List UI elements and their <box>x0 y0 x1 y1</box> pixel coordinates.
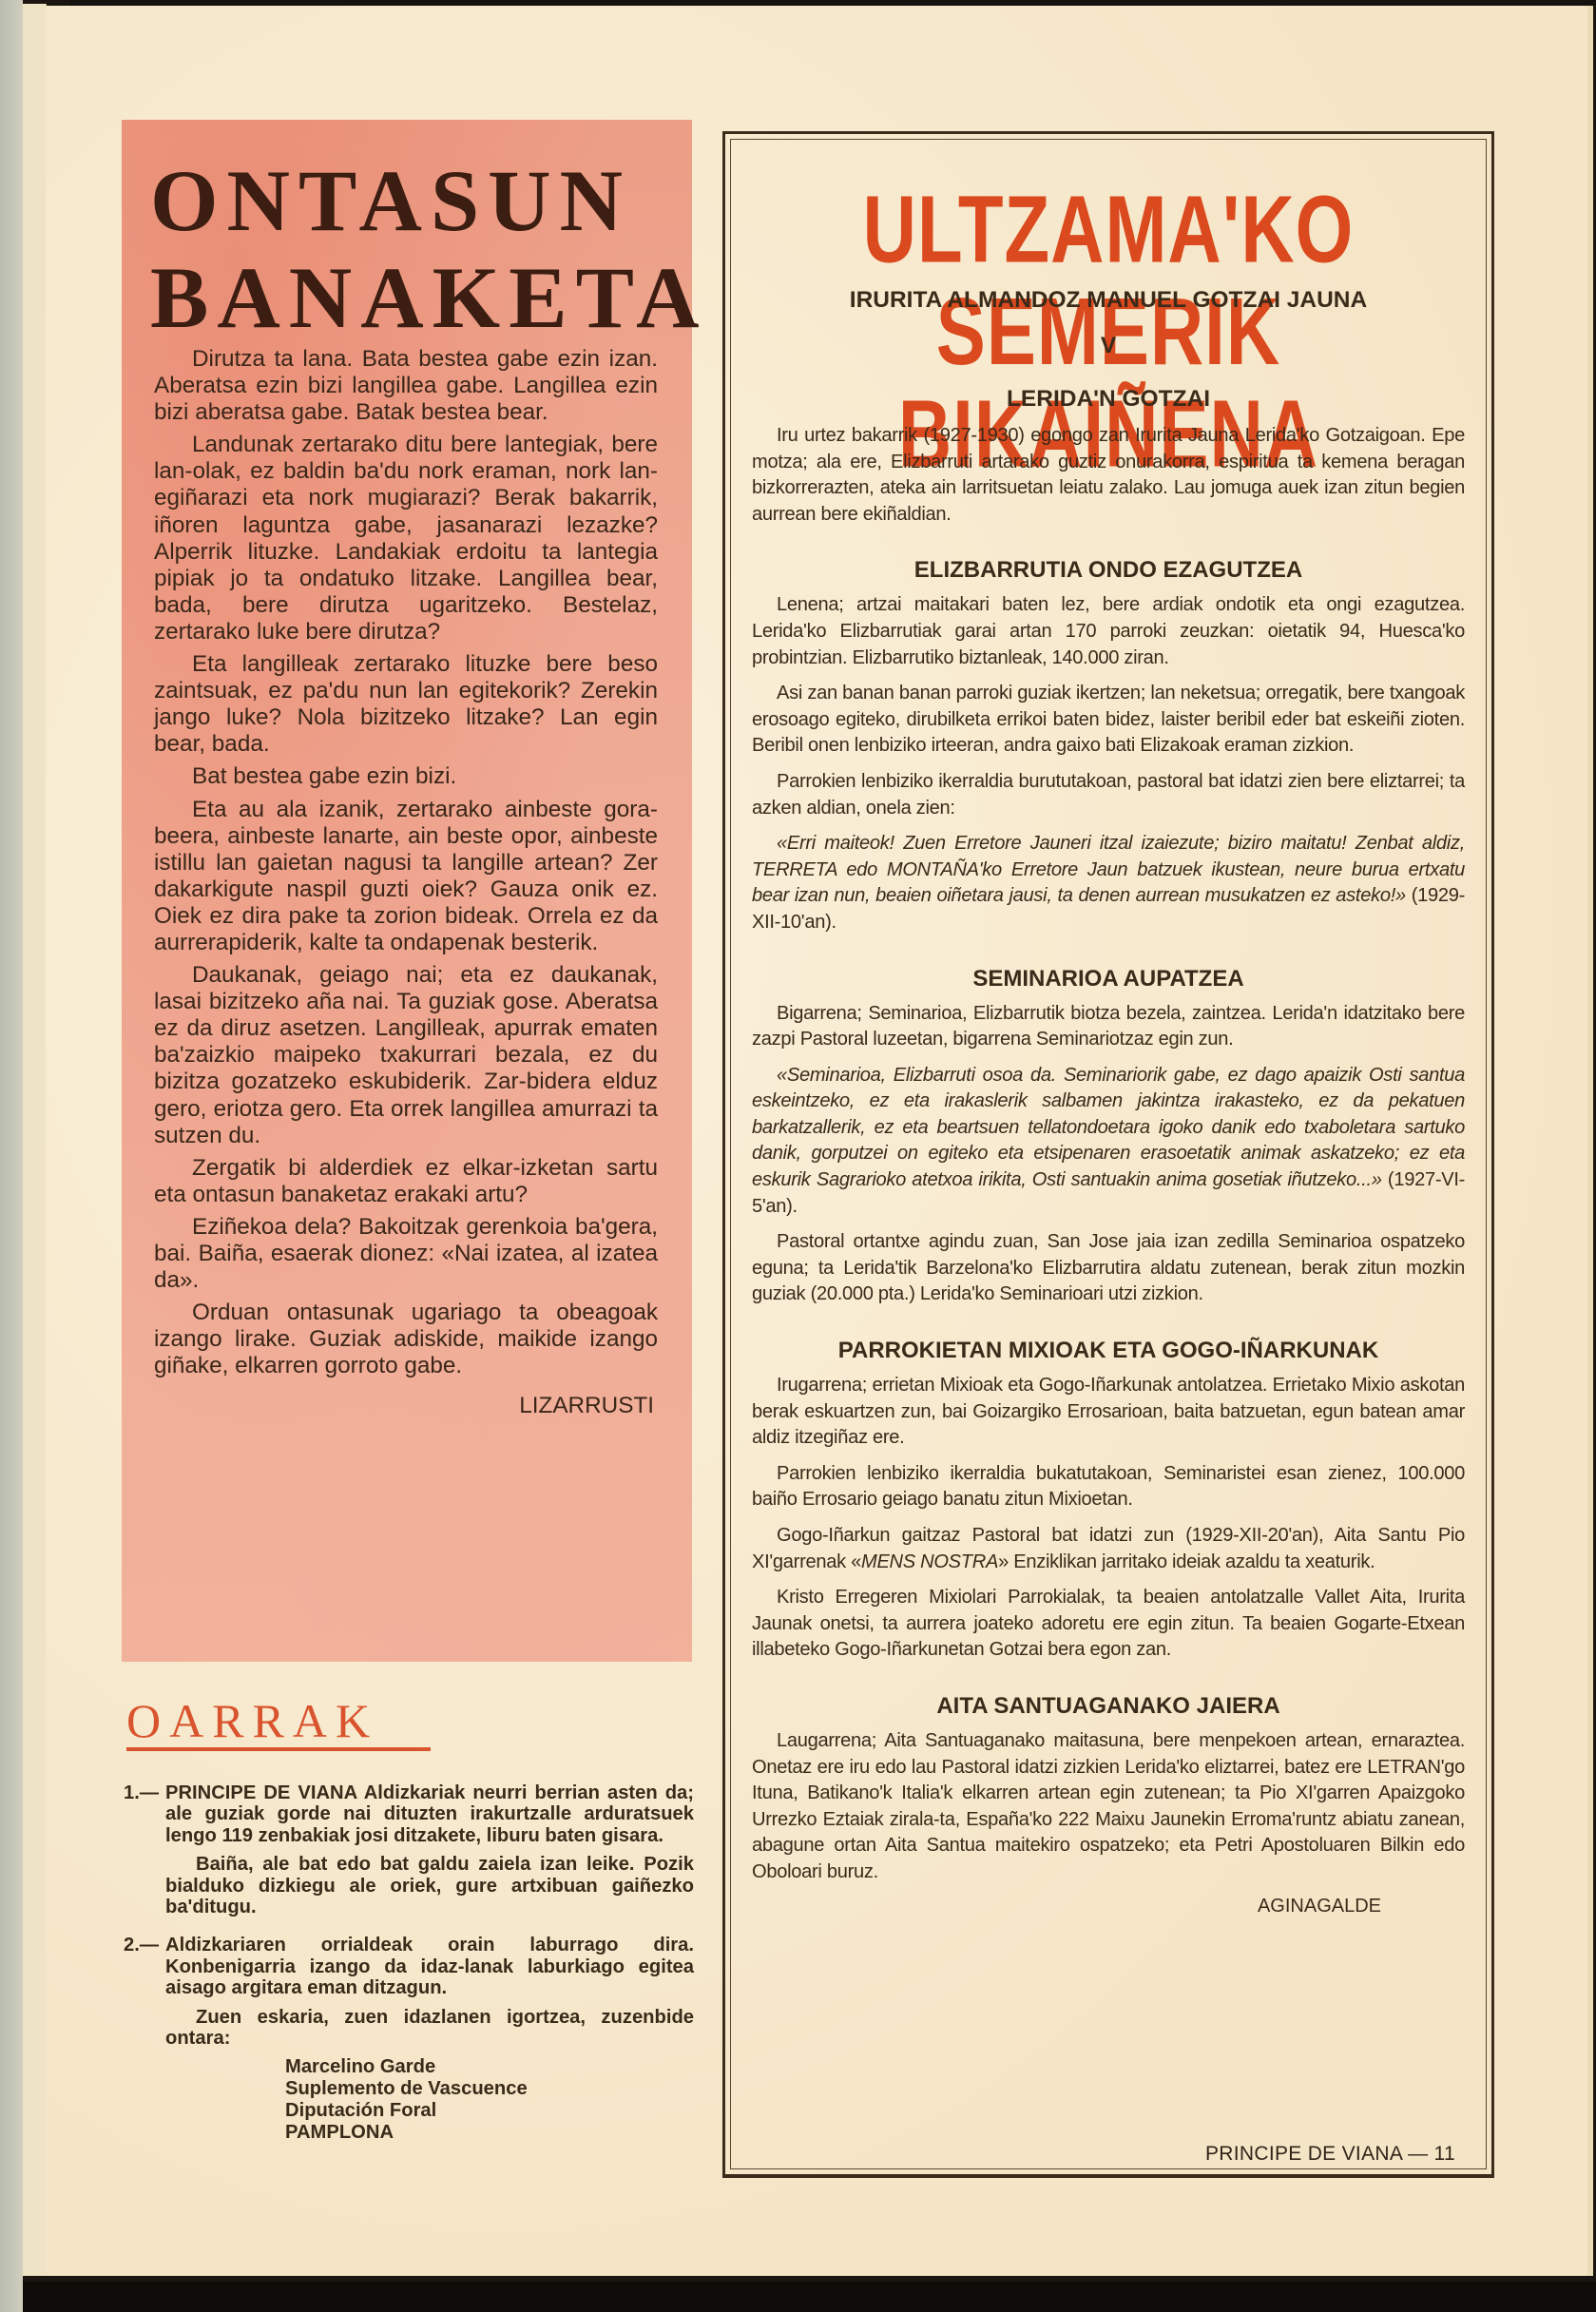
quotation: «Seminarioa, Elizbarruti osoa da. Semina… <box>752 1065 1465 1190</box>
article-paragraph: Eta langilleak zertarako lituzke bere be… <box>154 651 658 758</box>
quotation: «Erri maiteok! Zuen Erretore Jauneri itz… <box>752 833 1465 906</box>
postal-address: Marcelino GardeSuplemento de VascuenceDi… <box>285 2056 694 2144</box>
address-line: Suplemento de Vascuence <box>285 2078 694 2100</box>
note-paragraph: Aldizkariaren orrialdeak orain laburrago… <box>165 1935 694 1998</box>
ultzama-article-frame: ULTZAMA'KO SEMERIK BIKAIÑENA IRURITA ALM… <box>722 131 1494 2178</box>
title-line-1: ONTASUN <box>150 152 692 249</box>
part-number: V <box>752 332 1465 360</box>
encyclical-name: MENS NOSTRA <box>861 1551 998 1572</box>
scanner-edge <box>0 0 23 2312</box>
article-paragraph: Eta au ala izanik, zertarako ainbeste go… <box>154 797 658 957</box>
article-subtitle: IRURITA ALMANDOZ MANUEL GOTZAI JAUNA <box>752 286 1465 315</box>
title-line-2: BANAKETA <box>150 249 692 346</box>
author-signature: LIZARRUSTI <box>154 1393 658 1419</box>
intro-paragraph: Iru urtez bakarrik (1927-1930) egongo za… <box>752 423 1465 528</box>
note-paragraph: PRINCIPE DE VIANA Aldizkariak neurri ber… <box>165 1782 694 1846</box>
section-heading: PARROKIETAN MIXIOAK ETA GOGO-IÑARKUNAK <box>752 1337 1465 1365</box>
page-fold-edge <box>23 4 47 2276</box>
article-paragraph: Orduan ontasunak ugariago ta obeagoak iz… <box>154 1300 658 1379</box>
note-body: Aldizkariaren orrialdeak orain laburrago… <box>165 1935 694 2144</box>
address-line: Marcelino Garde <box>285 2056 694 2078</box>
article-paragraph: Eziñekoa dela? Bakoitzak gerenkoia ba'ge… <box>154 1214 658 1294</box>
note-body: PRINCIPE DE VIANA Aldizkariak neurri ber… <box>165 1782 694 1925</box>
article-paragraph: Daukanak, geiago nai; eta ez daukanak, l… <box>154 962 658 1149</box>
article-paragraph: Zergatik bi alderdiek ez elkar-izketan s… <box>154 1155 658 1208</box>
note-item: 1.—PRINCIPE DE VIANA Aldizkariak neurri … <box>124 1782 694 1925</box>
section-paragraph: Parrokien lenbiziko ikerraldia bukatutak… <box>752 1461 1465 1513</box>
section-heading: SEMINARIOA AUPATZEA <box>752 965 1465 993</box>
section-paragraph: «Erri maiteok! Zuen Erretore Jauneri itz… <box>752 831 1465 935</box>
article-paragraph: Landunak zertarako ditu bere lantegiak, … <box>154 432 658 645</box>
text-run: » Enziklikan jarritako ideiak azaldu ta … <box>998 1551 1375 1572</box>
section-paragraph: Laugarrena; Aita Santuaganako maitasuna,… <box>752 1728 1465 1886</box>
page-folio: PRINCIPE DE VIANA — 11 <box>1205 2143 1455 2166</box>
ontasun-banaketa-article: ONTASUN BANAKETA Dirutza ta lana. Bata b… <box>122 120 692 1662</box>
article-body: Dirutza ta lana. Bata bestea gabe ezin i… <box>154 346 658 1426</box>
note-paragraph: Baiña, ale bat edo bat galdu zaiela izan… <box>165 1854 694 1917</box>
note-number: 1.— <box>124 1782 165 1925</box>
section-paragraph: Irugarrena; errietan Mixioak eta Gogo-Iñ… <box>752 1373 1465 1452</box>
note-item: 2.—Aldizkariaren orrialdeak orain laburr… <box>124 1935 694 2144</box>
scan-bottom-shadow <box>23 2282 1596 2312</box>
note-number: 2.— <box>124 1935 165 2144</box>
section-paragraph: Lenena; artzai maitakari baten lez, bere… <box>752 592 1465 671</box>
notes-list: 1.—PRINCIPE DE VIANA Aldizkariak neurri … <box>124 1782 694 2153</box>
article-paragraph: Dirutza ta lana. Bata bestea gabe ezin i… <box>154 346 658 426</box>
article-title: ONTASUN BANAKETA <box>150 152 692 346</box>
notes-title: OARRAK <box>126 1694 431 1751</box>
section-paragraph: Gogo-Iñarkun gaitzaz Pastoral bat idatzi… <box>752 1523 1465 1575</box>
note-paragraph: Zuen eskaria, zuen idazlanen igortzea, z… <box>165 2007 694 2050</box>
section-paragraph: Asi zan banan banan parroki guziak ikert… <box>752 681 1465 760</box>
section-paragraph: «Seminarioa, Elizbarruti osoa da. Semina… <box>752 1063 1465 1221</box>
section-paragraph: Kristo Erregeren Mixiolari Parrokialak, … <box>752 1585 1465 1664</box>
address-line: PAMPLONA <box>285 2122 694 2144</box>
sections: ELIZBARRUTIA ONDO EZAGUTZEALenena; artza… <box>752 556 1465 1885</box>
section-paragraph: Parrokien lenbiziko ikerraldia burututak… <box>752 769 1465 821</box>
section-paragraph: Bigarrena; Seminarioa, Elizbarrutik biot… <box>752 1001 1465 1053</box>
author-signature: AGINAGALDE <box>752 1896 1381 1917</box>
section-heading: LERIDA'N GOTZAI <box>752 385 1465 414</box>
article-body: IRURITA ALMANDOZ MANUEL GOTZAI JAUNA V L… <box>752 286 1465 1917</box>
address-line: Diputación Foral <box>285 2100 694 2122</box>
section-paragraph: Pastoral ortantxe agindu zuan, San Jose … <box>752 1229 1465 1308</box>
section-heading: ELIZBARRUTIA ONDO EZAGUTZEA <box>752 556 1465 585</box>
section-heading: AITA SANTUAGANAKO JAIERA <box>752 1692 1465 1721</box>
article-paragraph: Bat bestea gabe ezin bizi. <box>154 763 658 790</box>
